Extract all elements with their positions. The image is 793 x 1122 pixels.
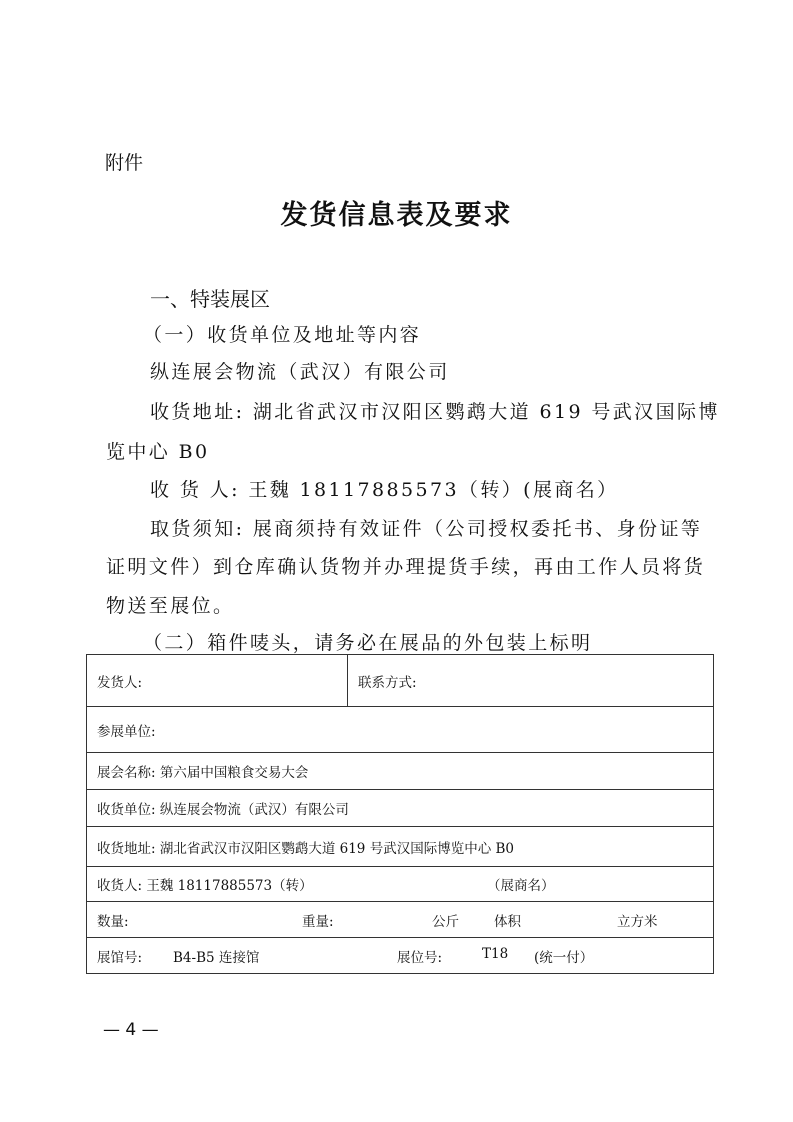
receiving-address-cell: 收货地址: 湖北省武汉市汉阳区鹦鹉大道 619 号武汉国际博览中心 B0 [87,827,714,867]
receiver-line: 收 货 人: 王魏 18117885573（转）(展商名） [150,475,619,502]
exhibition-name-cell: 展会名称: 第六届中国粮食交易大会 [87,753,714,790]
volume-unit: 立方米 [617,910,658,930]
pickup-note-line-3: 物送至展位。 [106,591,234,618]
subsection-heading-1: （一）收货单位及地址等内容 [143,320,421,347]
booth-value: T18 [482,946,508,962]
receiver-cell: 收货人: 王魏 18117885573（转） （展商名） [87,867,714,902]
hall-value: B4-B5 连接馆 [173,946,259,966]
volume-label: 体积 [494,910,521,930]
subsection-heading-2: （二）箱件唛头，请务必在展品的外包装上标明 [143,628,592,655]
booth-note: (统一付） [534,946,593,966]
exhibition-name: 展会名称: 第六届中国粮食交易大会 [97,765,308,781]
quantity-label: 数量: [97,914,129,930]
exhibitor-name-hint: （展商名） [487,874,555,894]
receiving-unit: 收货单位: 纵连展会物流（武汉）有限公司 [97,802,349,818]
weight-unit: 公斤 [432,910,459,930]
contact-cell: 联系方式: [348,655,714,707]
receiving-unit-cell: 收货单位: 纵连展会物流（武汉）有限公司 [87,790,714,827]
section-heading: 一、特装展区 [150,283,270,312]
hall-label: 展馆号: [97,950,142,966]
document-title: 发货信息表及要求 [0,193,793,232]
shipper-cell: 发货人: [87,655,348,707]
shipping-mark-form: 发货人: 联系方式: 参展单位: 展会名称: 第六届中国粮食交易大会 收货单位:… [86,654,714,974]
address-line-1: 收货地址: 湖北省武汉市汉阳区鹦鹉大道 619 号武汉国际博 [150,397,720,424]
exhibitor-cell: 参展单位: [87,707,714,753]
quantity-weight-volume-cell: 数量: 重量: 公斤 体积 立方米 [87,902,714,938]
shipper-label: 发货人: [97,675,142,691]
booth-label: 展位号: [397,946,442,966]
receiving-address: 收货地址: 湖北省武汉市汉阳区鹦鹉大道 619 号武汉国际博览中心 B0 [97,841,514,857]
attachment-label: 附件 [105,148,143,175]
company-name: 纵连展会物流（武汉）有限公司 [150,357,450,384]
contact-label: 联系方式: [358,675,417,691]
pickup-note-line-2: 证明文件）到仓库确认货物并办理提货手续，再由工作人员将货 [106,552,705,579]
page-number: — 4 — [103,1020,159,1040]
weight-label: 重量: [302,910,334,930]
address-line-2: 览中心 B0 [106,437,210,464]
pickup-note-line-1: 取货须知: 展商须持有效证件（公司授权委托书、身份证等 [150,514,702,541]
receiver-info: 收货人: 王魏 18117885573（转） [97,878,313,894]
hall-booth-cell: 展馆号: B4-B5 连接馆 展位号: T18 (统一付） [87,938,714,974]
exhibitor-label: 参展单位: [97,724,156,740]
